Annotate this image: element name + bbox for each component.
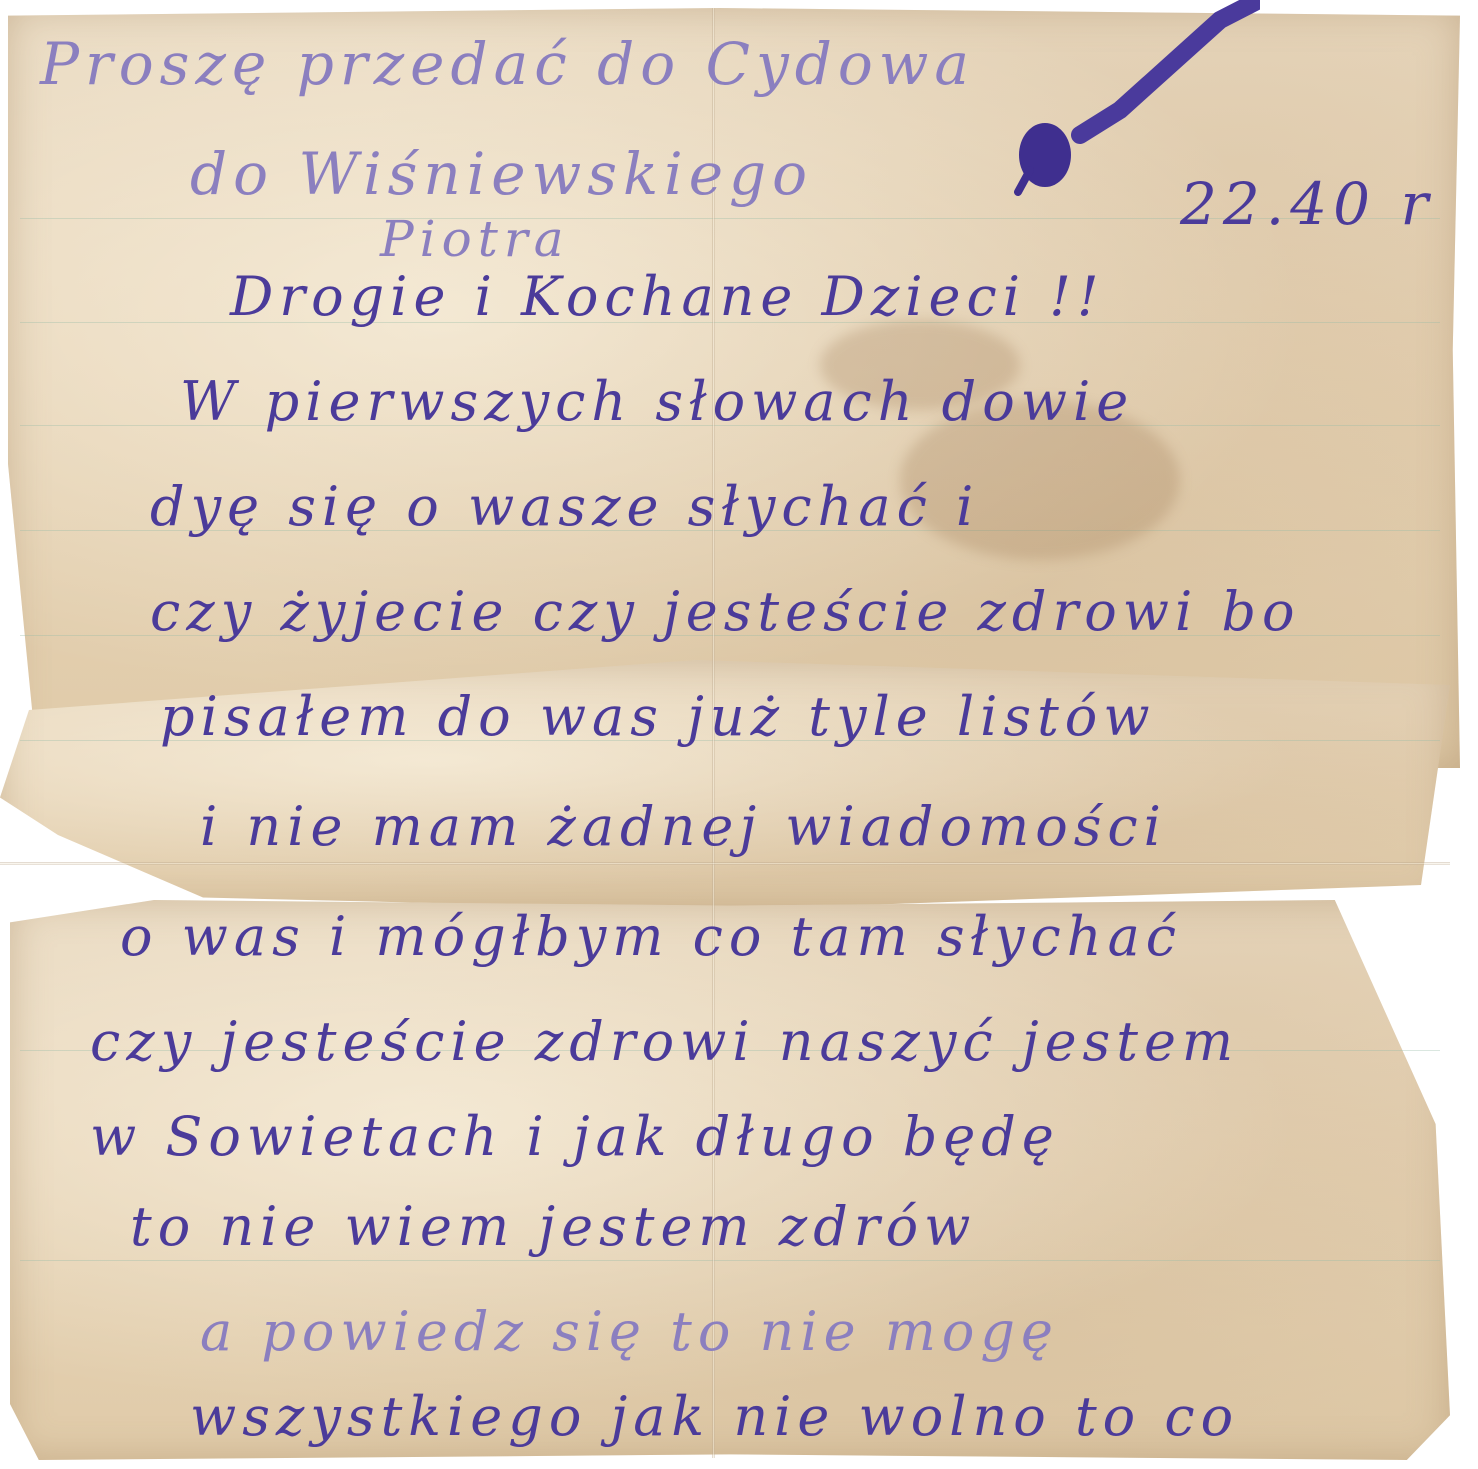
address-line-1: Proszę przedać do Cydowa (40, 30, 975, 98)
address-line-3: Piotra (380, 210, 570, 268)
body-line: W pierwszych słowach dowie (180, 370, 1134, 433)
horizontal-fold (0, 862, 1450, 865)
body-line: to nie wiem jestem zdrów (130, 1195, 976, 1258)
body-line: i nie mam żadnej wiadomości (200, 795, 1167, 858)
paper-sheet-bottom (10, 900, 1450, 1460)
letter-date: 22.40 r (1180, 170, 1434, 238)
address-line-2: do Wiśniewskiego (190, 140, 813, 208)
body-line: dyę się o wasze słychać i (150, 475, 979, 538)
body-line: w Sowietach i jak długo będę (90, 1105, 1060, 1168)
body-line: Drogie i Kochane Dzieci !! (230, 265, 1105, 328)
body-line: pisałem do was już tyle listów (160, 685, 1156, 748)
ruled-line (20, 1260, 1440, 1261)
body-line: wszystkiego jak nie wolno to co (190, 1385, 1239, 1448)
body-line: czy żyjecie czy jesteście zdrowi bo (150, 580, 1301, 643)
letter-scan: Proszę przedać do Cydowa do Wiśniewskieg… (0, 0, 1478, 1469)
body-line: a powiedz się to nie mogę (200, 1300, 1059, 1363)
body-line: o was i mógłbym co tam słychać (120, 905, 1182, 968)
body-line: czy jesteście zdrowi naszyć jestem (90, 1010, 1239, 1073)
